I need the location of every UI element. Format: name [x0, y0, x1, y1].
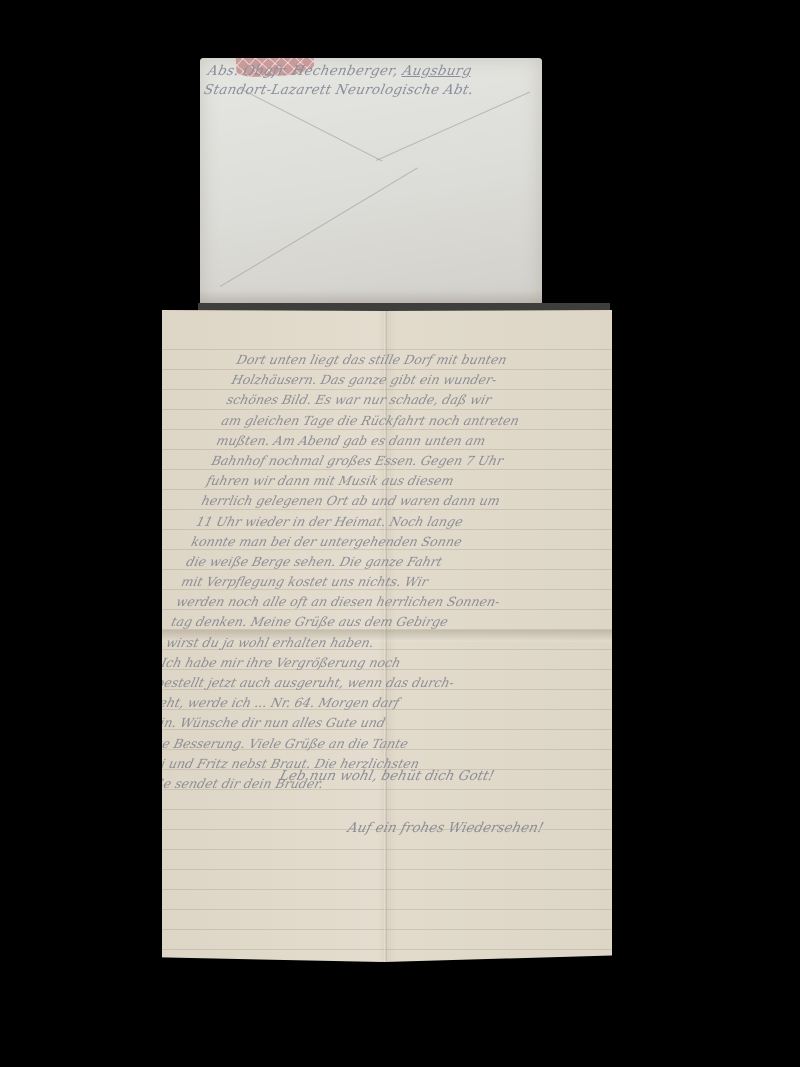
letter-line: Dort unten liegt das stille Dorf mit bun… — [234, 350, 655, 370]
sender-line-1: Abs. Obgfr. Hechenberger, Augsburg — [206, 62, 540, 81]
letter-line: tag denken. Meine Grüße aus dem Gebirge — [169, 612, 590, 632]
letter-line: bestellt jetzt auch ausgeruht, wenn das … — [154, 673, 575, 693]
letter-line: mußten. Am Abend gab es dann unten am — [214, 431, 635, 451]
sender-line-2: Standort-Lazarett Neurologische Abt. — [202, 81, 536, 100]
letter-line: werden noch alle oft an diesen herrliche… — [174, 592, 595, 612]
letter-sheet: Dort unten liegt das stille Dorf mit bun… — [162, 310, 612, 962]
letter-line: mit Verpflegung kostet uns nichts. Wir — [179, 572, 600, 592]
letter-line: 11 Uhr wieder in der Heimat. Noch lange — [194, 512, 615, 532]
letter-line: herrlich gelegenen Ort ab und waren dann… — [199, 491, 620, 511]
letter-line: geht, werde ich ... Nr. 64. Morgen darf — [149, 693, 570, 713]
letter-line: die weiße Berge sehen. Die ganze Fahrt — [184, 552, 605, 572]
letter-line: schönes Bild. Es war nur schade, daß wir — [224, 390, 645, 410]
letter-signoff: Auf ein frohes Wiedersehen! — [346, 820, 545, 836]
letter-line: Holzhäusern. Das ganze gibt ein wunder- — [229, 370, 650, 390]
sender-city: Augsburg — [401, 63, 473, 79]
letter-line: Ich habe mir ihre Vergrößerung noch — [159, 653, 580, 673]
envelope-flap-right-edge — [376, 92, 530, 161]
letter-line: wirst du ja wohl erhalten haben. — [164, 633, 585, 653]
letter-line: Bahnhof nochmal großes Essen. Gegen 7 Uh… — [209, 451, 630, 471]
letter-line: fuhren wir dann mit Musik aus diesem — [204, 471, 625, 491]
envelope-lower-fold — [220, 168, 418, 287]
envelope-sender-address: Abs. Obgfr. Hechenberger, Augsburg Stand… — [202, 62, 540, 100]
envelope: Abs. Obgfr. Hechenberger, Augsburg Stand… — [200, 58, 542, 304]
letter-farewell: Leb nun wohl, behüt dich Gott! — [278, 768, 496, 784]
letter-line: gute Besserung. Viele Grüße an die Tante — [139, 734, 560, 754]
letter-line: sein. Wünsche dir nun alles Gute und — [144, 713, 565, 733]
letter-line: konnte man bei der untergehenden Sonne — [189, 532, 610, 552]
envelope-bottom-edge — [200, 290, 542, 304]
letter-line: am gleichen Tage die Rückfahrt noch antr… — [219, 411, 640, 431]
